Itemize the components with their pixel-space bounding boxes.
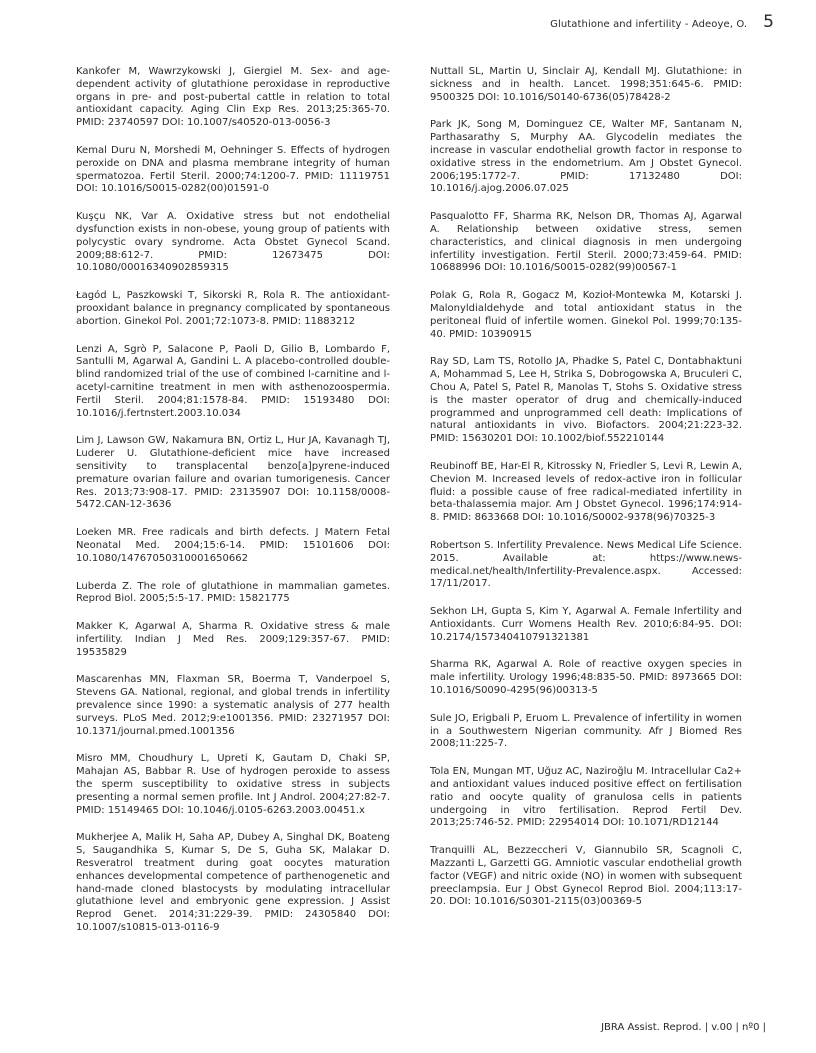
reference-item: Tranquilli AL, Bezzeccheri V, Giannubilo… (430, 845, 742, 909)
reference-item: Robertson S. Infertility Prevalence. New… (430, 540, 742, 591)
page-number: 5 (763, 12, 774, 32)
reference-item: Łagód L, Paszkowski T, Sikorski R, Rola … (76, 290, 390, 328)
reference-item: Sekhon LH, Gupta S, Kim Y, Agarwal A. Fe… (430, 606, 742, 644)
reference-item: Mascarenhas MN, Flaxman SR, Boerma T, Va… (76, 674, 390, 738)
reference-item: Reubinoff BE, Har-El R, Kitrossky N, Fri… (430, 461, 742, 525)
reference-item: Makker K, Agarwal A, Sharma R. Oxidative… (76, 621, 390, 659)
reference-item: Nuttall SL, Martin U, Sinclair AJ, Kenda… (430, 66, 742, 104)
reference-item: Misro MM, Choudhury L, Upreti K, Gautam … (76, 753, 390, 817)
reference-item: Loeken MR. Free radicals and birth defec… (76, 527, 390, 565)
reference-item: Kuşçu NK, Var A. Oxidative stress but no… (76, 211, 390, 275)
reference-item: Kankofer M, Wawrzykowski J, Giergiel M. … (76, 66, 390, 130)
running-title: Glutathione and infertility - Adeoye, O. (550, 19, 747, 30)
reference-item: Tola EN, Mungan MT, Uğuz AC, Naziroğlu M… (430, 766, 742, 830)
reference-item: Lenzi A, Sgrò P, Salacone P, Paoli D, Gi… (76, 344, 390, 421)
reference-item: Luberda Z. The role of glutathione in ma… (76, 581, 390, 607)
reference-item: Ray SD, Lam TS, Rotollo JA, Phadke S, Pa… (430, 356, 742, 446)
page-header: Glutathione and infertility - Adeoye, O.… (550, 12, 774, 32)
reference-item: Kemal Duru N, Morshedi M, Oehninger S. E… (76, 145, 390, 196)
reference-item: Lim J, Lawson GW, Nakamura BN, Ortiz L, … (76, 435, 390, 512)
reference-item: Polak G, Rola R, Gogacz M, Kozioł-Montew… (430, 290, 742, 341)
document-page: Glutathione and infertility - Adeoye, O.… (0, 0, 816, 1053)
journal-footer: JBRA Assist. Reprod. | v.00 | nº0 | (601, 1022, 766, 1033)
reference-item: Sharma RK, Agarwal A. Role of reactive o… (430, 659, 742, 697)
reference-item: Mukherjee A, Malik H, Saha AP, Dubey A, … (76, 832, 390, 934)
reference-item: Sule JO, Erigbali P, Eruom L. Prevalence… (430, 713, 742, 751)
reference-item: Pasqualotto FF, Sharma RK, Nelson DR, Th… (430, 211, 742, 275)
reference-item: Park JK, Song M, Dominguez CE, Walter MF… (430, 119, 742, 196)
references-column-right: Nuttall SL, Martin U, Sinclair AJ, Kenda… (430, 66, 742, 924)
references-column-left: Kankofer M, Wawrzykowski J, Giergiel M. … (76, 66, 390, 950)
